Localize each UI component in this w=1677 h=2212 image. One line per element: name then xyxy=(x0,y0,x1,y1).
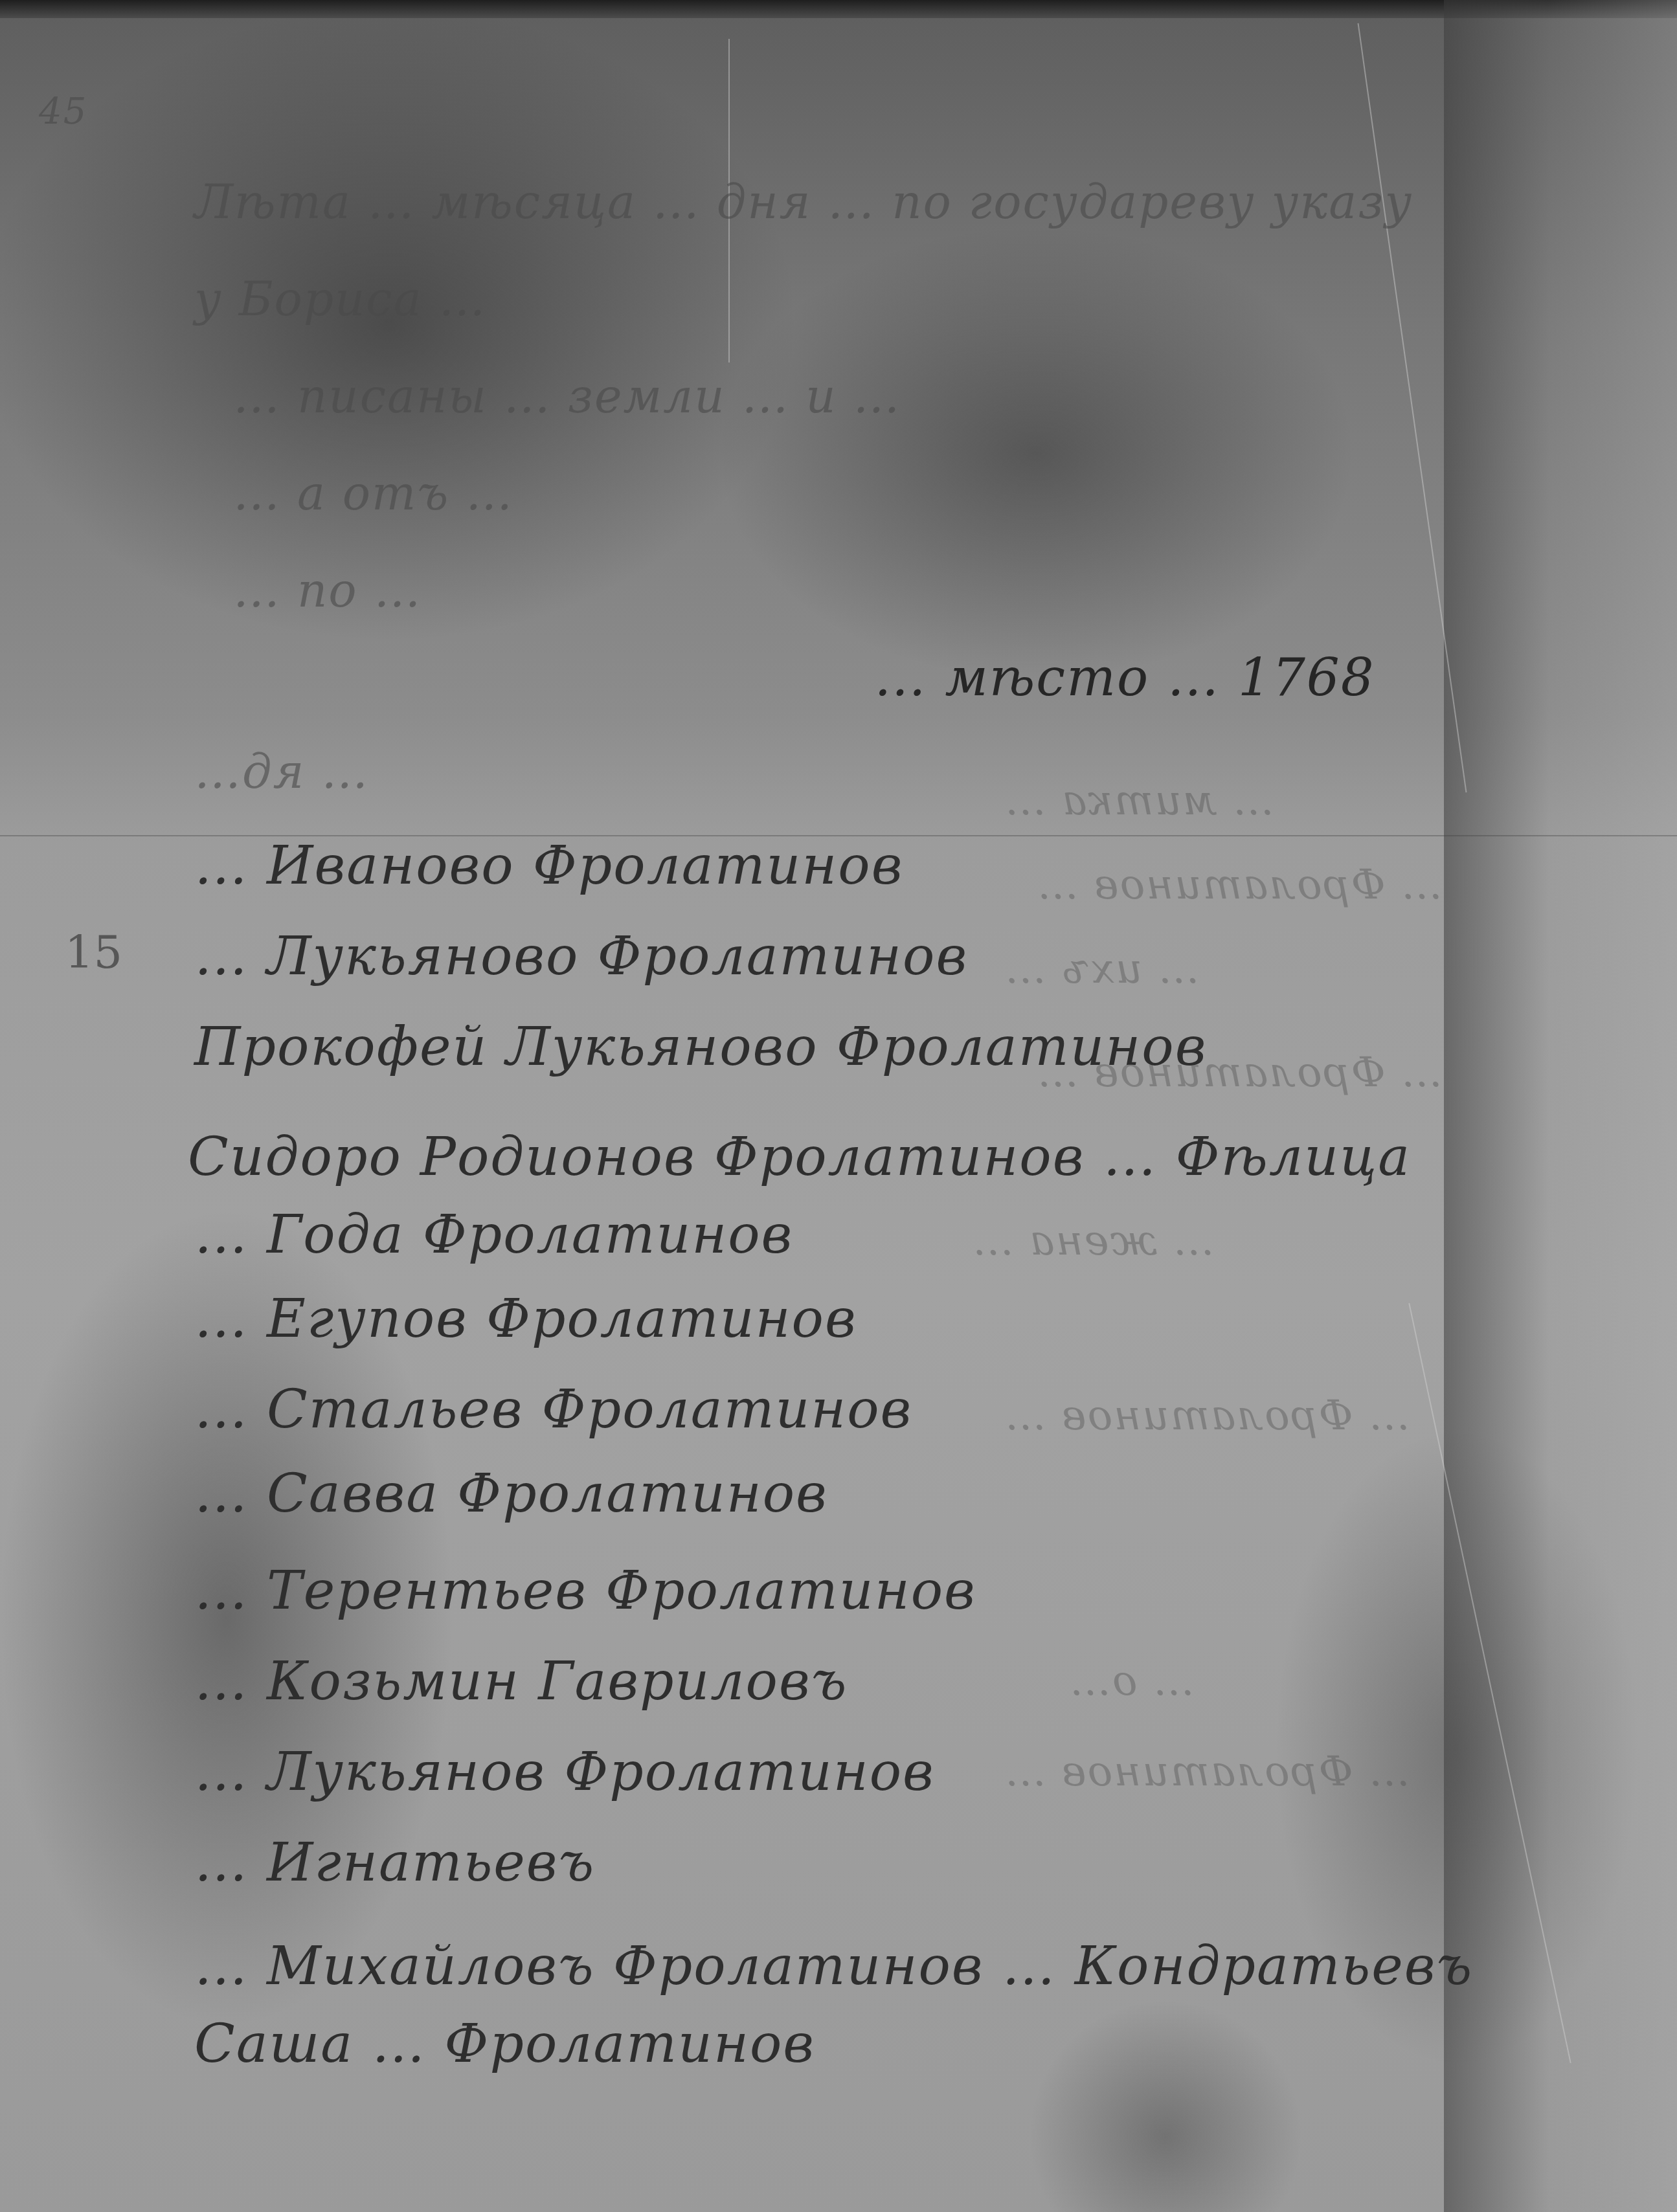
header-line: … писаны … земли … и … xyxy=(233,369,901,423)
margin-number: 15 xyxy=(65,926,122,979)
entry-line: … Михайловъ Фролатинов … Кондратьевъ xyxy=(194,1936,1473,1997)
entry-line: … Козьмин Гавриловъ xyxy=(194,1651,848,1712)
entry-line: … Савва Фролатинов xyxy=(194,1463,828,1525)
header-line: … по … xyxy=(233,563,422,618)
bleed-through-line: … Фролатинов … xyxy=(1036,861,1443,909)
manuscript-page: 45 Лѣта … мѣсяца … дня … по государеву у… xyxy=(0,0,1677,2212)
entry-line: … Игнатьевъ xyxy=(194,1832,595,1894)
entry-line: … Лукьянов Фролатинов xyxy=(194,1741,935,1803)
page-top-edge xyxy=(0,0,1677,18)
folio-mark: 45 xyxy=(39,91,87,133)
bleed-through-line: … ихъ … xyxy=(1004,945,1200,993)
entry-line: … Лукьяново Фролатинов xyxy=(194,926,968,987)
bleed-through-line: … Фролатинов … xyxy=(1004,1748,1410,1796)
entry-line: … Терентьев Фролатинов xyxy=(194,1560,976,1622)
entry-line: … Года Фролатинов xyxy=(194,1204,793,1266)
header-line: Лѣта … мѣсяца … дня … по государеву указ… xyxy=(194,175,1413,229)
bleed-through-line: … Фролатинов … xyxy=(1004,1392,1410,1440)
entry-line: … Иваново Фролатинов xyxy=(194,835,903,897)
entry-line: …дя … xyxy=(194,744,369,799)
entry-line: Саша … Фролатинов xyxy=(194,2013,815,2075)
entry-line: … Стальев Фролатинов xyxy=(194,1379,912,1440)
binding-fold xyxy=(1444,0,1677,2212)
bleed-through-line: … о… xyxy=(1068,1657,1195,1705)
entry-line: … Егупов Фролатинов xyxy=(194,1288,857,1350)
header-line: … а отъ … xyxy=(233,466,513,520)
bleed-through-line: … Фролатинов … xyxy=(1036,1049,1443,1097)
entry-line: Сидоро Родионов Фролатинов … Фѣлица xyxy=(188,1126,1411,1188)
bleed-through-line: … жена … xyxy=(971,1217,1215,1265)
header-line: у Бориса … xyxy=(194,272,487,326)
bleed-through-line: … митка … xyxy=(1004,777,1274,825)
header-line: … мѣсто … 1768 xyxy=(874,647,1375,708)
